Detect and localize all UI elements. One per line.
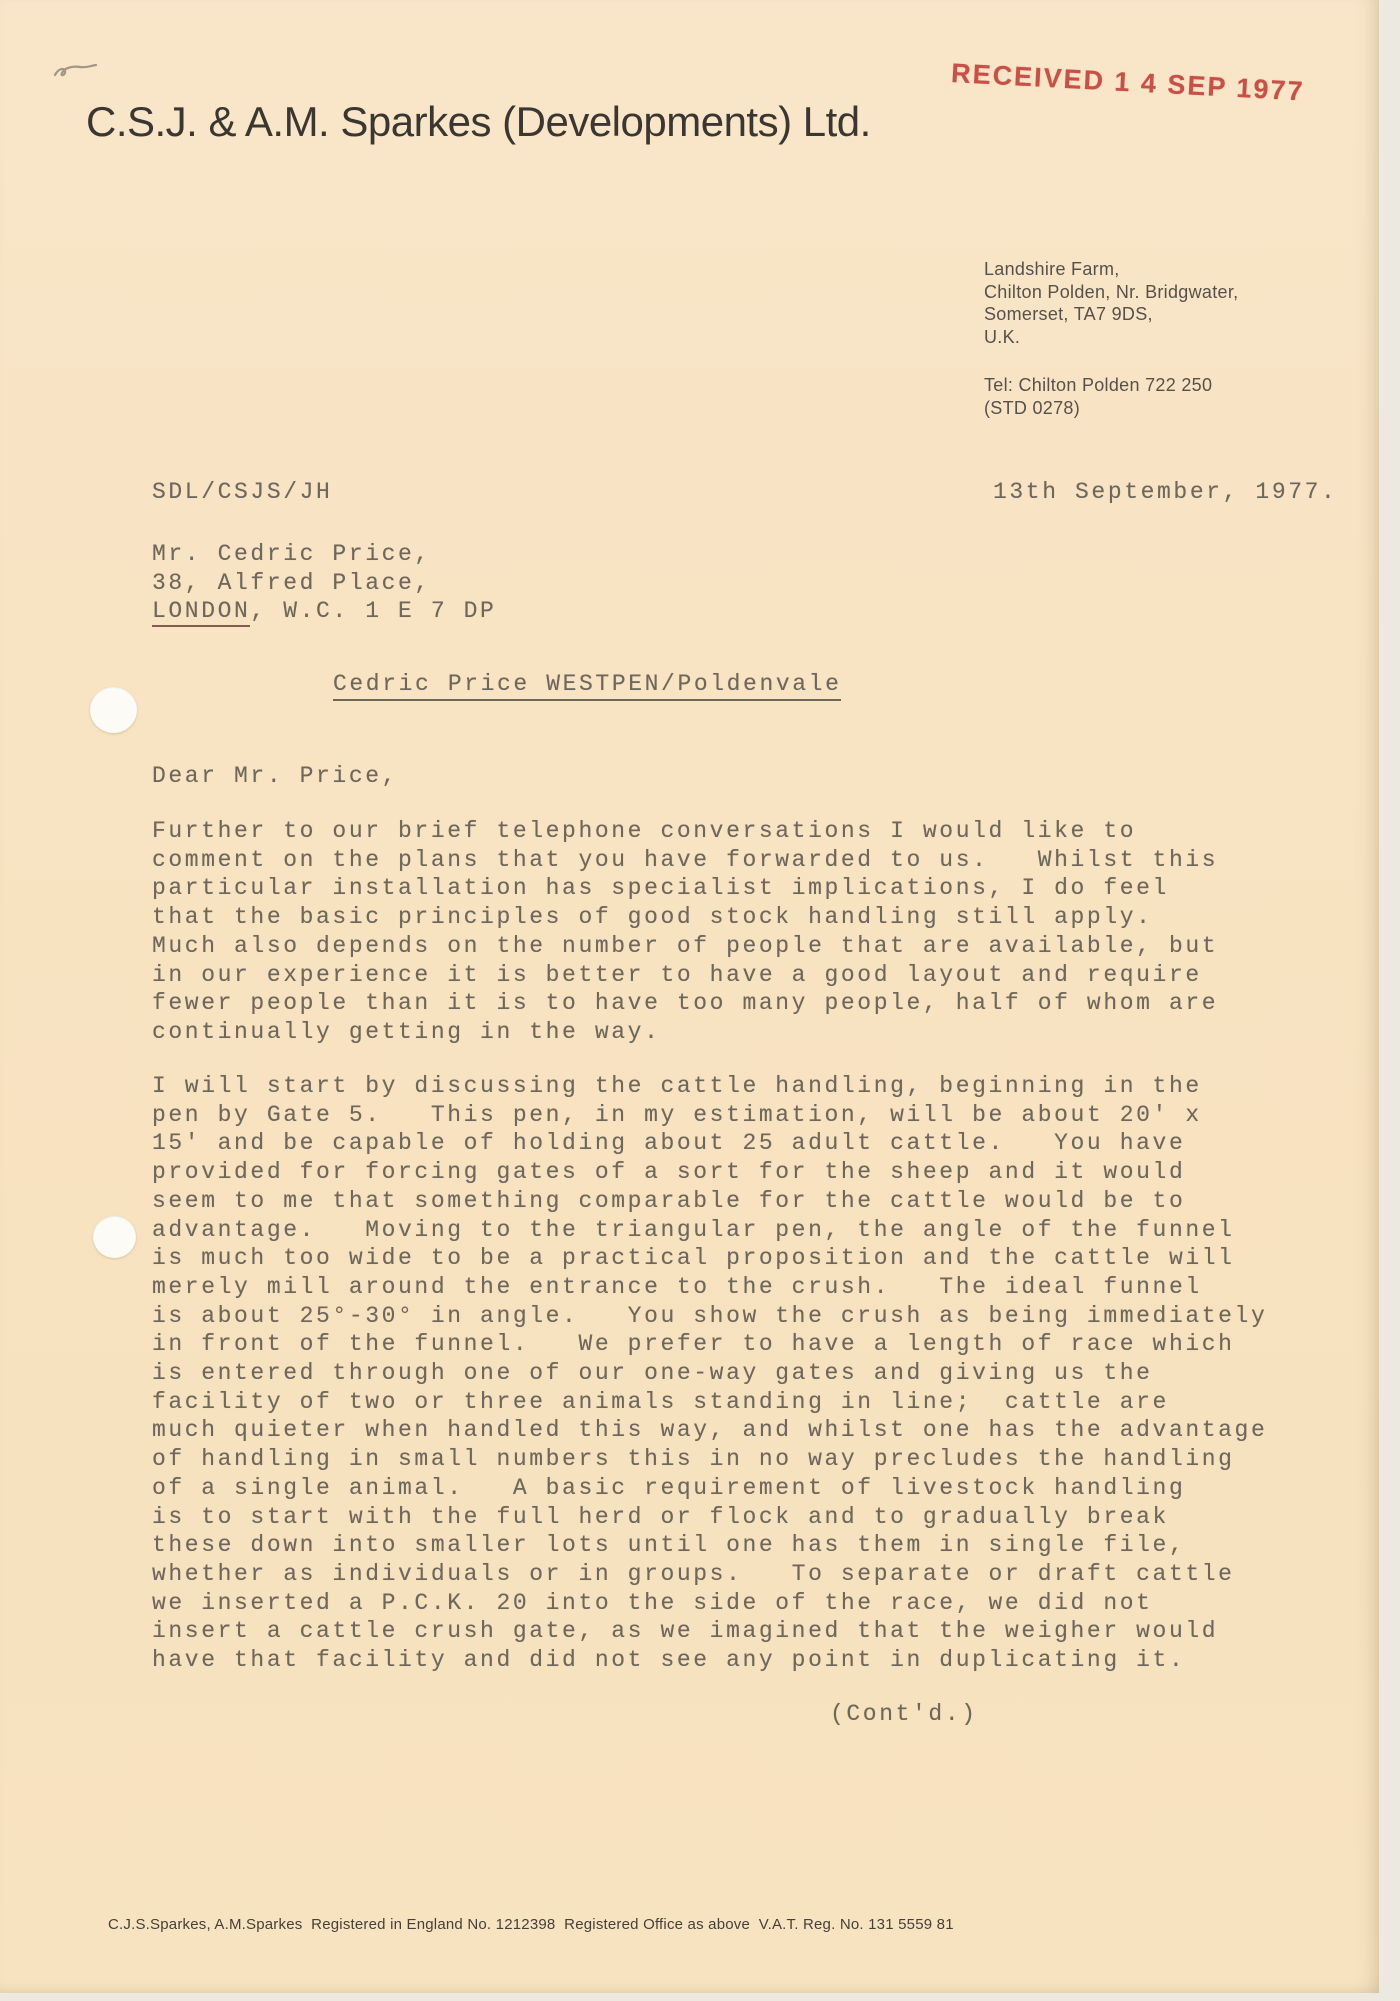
received-date-stamp: RECEIVED 1 4 SEP 1977 [950,58,1305,107]
addressee-city-line: LONDON, W.C. 1 E 7 DP [152,597,496,626]
subject-text: Cedric Price WESTPEN/Poldenvale [333,671,841,701]
body-paragraph-1: Further to our brief telephone conversat… [152,817,1218,1047]
scanned-letter-page: { "stamp": { "text": "RECEIVED 1 4 SEP 1… [0,0,1400,2001]
addressee-city: LONDON [152,598,250,627]
addressee-street: 38, Alfred Place, [152,569,496,598]
addressee-block: Mr. Cedric Price,38, Alfred Place,LONDON… [152,540,496,626]
addressee-name: Mr. Cedric Price, [152,540,496,569]
continuation-note: (Cont'd.) [830,1700,978,1729]
punch-hole [90,687,137,733]
letter-date: 13th September, 1977. [993,478,1337,507]
body-paragraph-2: I will start by discussing the cattle ha… [152,1072,1267,1675]
punch-hole [93,1216,136,1258]
reference-code: SDL/CSJS/JH [152,478,332,507]
addressee-postcode: , W.C. 1 E 7 DP [250,598,496,624]
pen-scribble-mark [52,58,100,86]
sender-telephone: Tel: Chilton Polden 722 250 (STD 0278) [984,374,1212,419]
salutation: Dear Mr. Price, [152,762,398,791]
subject-line: Cedric Price WESTPEN/Poldenvale [333,670,841,699]
company-name: C.S.J. & A.M. Sparkes (Developments) Ltd… [86,98,871,146]
registration-footer: C.J.S.Sparkes, A.M.Sparkes Registered in… [108,1916,954,1933]
letter-paper: RECEIVED 1 4 SEP 1977 C.S.J. & A.M. Spar… [0,0,1379,1993]
sender-address: Landshire Farm, Chilton Polden, Nr. Brid… [984,258,1238,348]
